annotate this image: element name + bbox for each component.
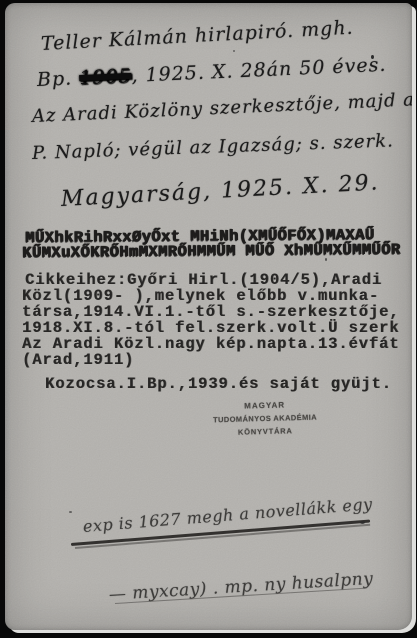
handwritten-note-line-3: Az Aradi Közlöny szerkesztője, majd a — [32, 89, 412, 127]
death-place: Bp. — [37, 67, 80, 91]
handwritten-note-line-1: Teller Kálmán hirlapiró. mgh. — [40, 17, 354, 55]
ink-speck — [325, 258, 327, 261]
overtyped-struck-line-2: KŰMXuXŐKRŐHmMXMRŐHMMŰM MŰŐ XhMŰMXŰMMŰŐR — [22, 241, 401, 262]
pencil-speck — [360, 521, 365, 524]
struck-year: 1905 — [79, 65, 132, 89]
handwritten-note-line-2: Bp. 1905, 1925. X. 28án 50 éves. — [37, 54, 387, 91]
typed-bio-line-6: (Arad,1911) — [22, 351, 134, 369]
ink-speck — [371, 55, 374, 59]
source-citation-handwritten: Magyarság, 1925. X. 29. — [60, 170, 380, 212]
library-stamp: MAGYAR TUDOMÁNYOS AKADÉMIA KÖNYVTÁRA — [198, 397, 333, 439]
handwritten-note-line-4: P. Napló; végül az Igazság; s. szerk. — [32, 130, 395, 164]
pencil-note-bottom: — myxcay) . mp. ny husalpny — [108, 569, 373, 605]
death-date: , 1925. X. 28án 50 éves. — [131, 54, 387, 87]
catalog-card: Teller Kálmán hirlapiró. mgh. Bp. 1905, … — [5, 3, 412, 630]
photo-frame: Teller Kálmán hirlapiró. mgh. Bp. 1905, … — [0, 0, 417, 638]
ink-speck — [233, 50, 235, 52]
bibliography-reference-line: Kozocsa.I.Bp.,1939.és saját gyüjt. — [45, 375, 392, 393]
pencil-speck — [69, 511, 72, 513]
